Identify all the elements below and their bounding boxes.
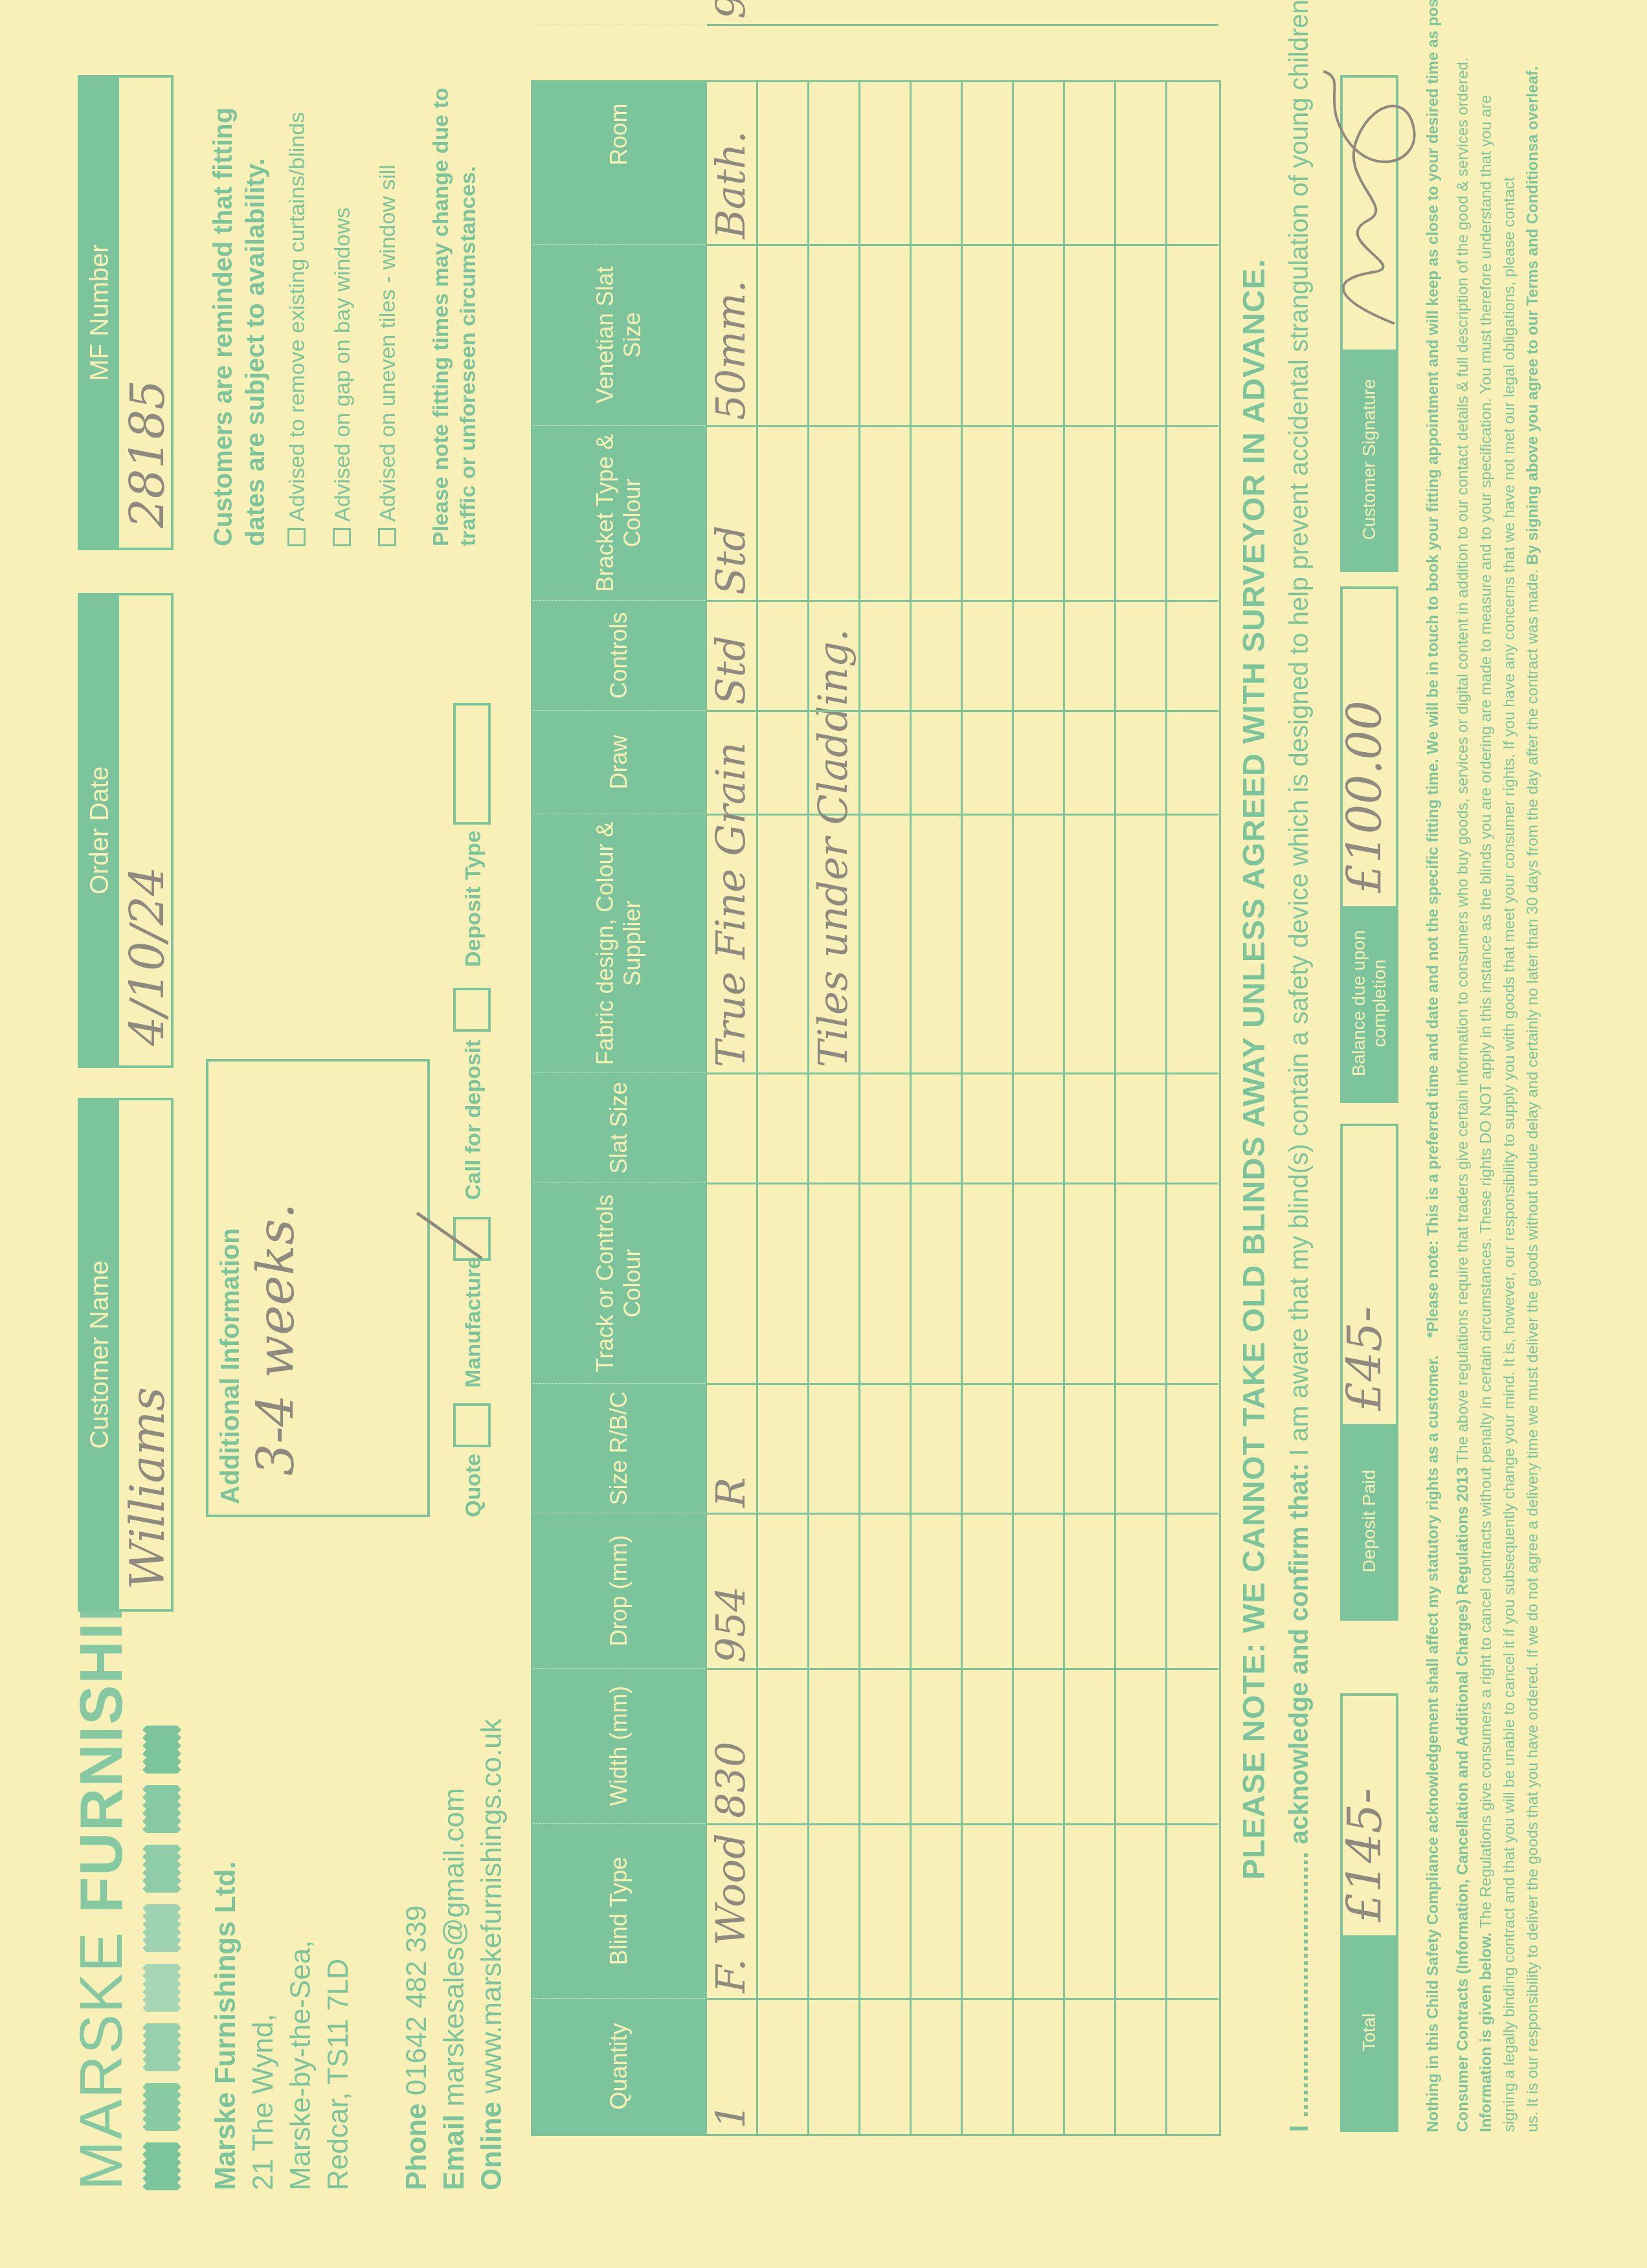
checkmark-icon	[410, 1206, 488, 1265]
column-header: Width (mm)	[533, 1668, 705, 1823]
order-items-table: QuantityBlind TypeWidth (mm)Drop (mm)Siz…	[531, 80, 1221, 2136]
table-cell[interactable]	[860, 1183, 912, 1383]
table-cell[interactable]	[809, 710, 860, 814]
brand-title-light: MARSKE	[69, 1931, 135, 2190]
column-header: Draw	[533, 710, 705, 814]
table-cell[interactable]	[1116, 1668, 1167, 1823]
table-cell[interactable]	[1116, 244, 1167, 425]
column-header: Track or Controls Colour	[533, 1183, 705, 1383]
table-cell[interactable]	[1167, 814, 1218, 1073]
table-cell[interactable]	[912, 0, 963, 24]
table-cell[interactable]: F. Wood	[707, 1823, 758, 1998]
table-cell[interactable]	[707, 710, 758, 814]
table-cell[interactable]	[912, 1183, 963, 1383]
balance-due-label: Balance due upon completion	[1343, 906, 1396, 1100]
table-cell[interactable]	[1167, 600, 1218, 710]
mf-number-label: MF Number	[80, 78, 119, 548]
table-cell[interactable]	[912, 710, 963, 814]
fabric-swatch-icon	[142, 2023, 181, 2071]
table-row: 1F. Wood830954RTrue Fine GrainStdStd50mm…	[705, 82, 758, 2134]
table-cell[interactable]	[1014, 1668, 1065, 1823]
table-cell[interactable]	[1167, 1383, 1218, 1513]
table-cell[interactable]	[1116, 814, 1167, 1073]
table-cell[interactable]	[912, 1513, 963, 1668]
table-cell[interactable]	[1014, 1383, 1065, 1513]
column-header: Venetian Slat Size	[533, 244, 705, 425]
column-header: Drop (mm)	[533, 1513, 705, 1668]
table-cell[interactable]	[1014, 425, 1065, 600]
regulations-text-2: The Regulations give consumers a right t…	[1477, 95, 1495, 1929]
advice-uneven-tiles[interactable]: Advised on uneven tiles - window sill	[375, 164, 401, 546]
spiral-swatch-icon	[142, 1726, 181, 1773]
table-cell[interactable]	[860, 1383, 912, 1513]
table-cell[interactable]	[1014, 0, 1065, 24]
statutory-rights-note: Nothing in this Child Safety Compliance …	[1424, 0, 1442, 2132]
manufacture-checkbox[interactable]	[453, 1217, 491, 1261]
quote-checkbox[interactable]	[453, 1403, 491, 1447]
table-row	[756, 82, 809, 2134]
table-cell[interactable]	[758, 710, 809, 814]
table-cell[interactable]	[1014, 1998, 1065, 2134]
table-cell[interactable]	[1167, 244, 1218, 425]
table-cell[interactable]	[1014, 1823, 1065, 1998]
table-cell[interactable]	[1065, 600, 1116, 710]
table-cell[interactable]	[809, 425, 860, 600]
table-cell[interactable]	[1167, 710, 1218, 814]
table-cell[interactable]	[758, 1823, 809, 1998]
table-cell[interactable]	[860, 814, 912, 1073]
table-cell[interactable]	[1116, 24, 1167, 244]
fabric-swatch-icon	[142, 1785, 181, 1833]
table-cell[interactable]	[809, 600, 860, 710]
acknowledgement-prefix: I ..................................... …	[1285, 1463, 1314, 2133]
table-cell[interactable]	[707, 1073, 758, 1183]
table-cell[interactable]	[1065, 244, 1116, 425]
table-cell[interactable]	[758, 24, 809, 244]
additional-information-box[interactable]: Additional Information 3-4 weeks.	[206, 1059, 430, 1517]
table-cell[interactable]	[1014, 244, 1065, 425]
table-cell[interactable]	[809, 1073, 860, 1183]
table-cell[interactable]	[809, 244, 860, 425]
table-cell[interactable]	[1116, 1998, 1167, 2134]
table-cell[interactable]	[912, 1823, 963, 1998]
regulations-line-4: us. It is our responsibility to deliver …	[1524, 66, 1542, 2132]
table-cell[interactable]	[1116, 1823, 1167, 1998]
balance-due-field[interactable]: Balance due upon completion £100.00	[1340, 586, 1398, 1103]
customer-name-field[interactable]: Customer Name Williams	[78, 1098, 174, 1612]
deposit-paid-field[interactable]: Deposit Paid £45-	[1340, 1124, 1398, 1621]
table-cell[interactable]	[860, 1668, 912, 1823]
terms-agreement-link: By signing above you agree to our Terms …	[1524, 66, 1541, 564]
mf-number-value[interactable]: 28185	[120, 380, 175, 528]
website-url: www.marskefurnishings.co.uk	[476, 1718, 508, 2094]
table-cell[interactable]	[963, 814, 1014, 1073]
table-cell[interactable]	[1014, 1183, 1065, 1383]
table-cell[interactable]	[809, 1383, 860, 1513]
table-cell[interactable]	[963, 600, 1014, 710]
table-cell[interactable]	[912, 425, 963, 600]
table-cell[interactable]	[963, 1073, 1014, 1183]
table-cell[interactable]	[809, 0, 860, 24]
table-cell[interactable]	[758, 1513, 809, 1668]
call-for-deposit-checkbox[interactable]	[453, 988, 491, 1032]
table-cell[interactable]	[860, 1073, 912, 1183]
table-cell[interactable]	[1065, 1383, 1116, 1513]
column-header: Quantity	[533, 1998, 705, 2134]
table-cell[interactable]	[963, 1823, 1014, 1998]
table-cell[interactable]	[758, 1383, 809, 1513]
additional-information-label: Additional Information	[216, 1228, 245, 1504]
table-cell[interactable]	[1116, 1383, 1167, 1513]
fabric-swatch-icon	[142, 1904, 181, 1952]
table-cell[interactable]	[860, 600, 912, 710]
table-cell[interactable]	[758, 425, 809, 600]
table-cell[interactable]	[707, 1183, 758, 1383]
column-header: Size R/B/C	[533, 1383, 705, 1513]
balance-due-value[interactable]: £100.00	[1338, 700, 1392, 893]
table-cell[interactable]	[1167, 24, 1218, 244]
regulations-text-4: us. It is our responsibility to deliver …	[1524, 569, 1541, 2132]
address-line-2: Marske-by-the-Sea,	[282, 1861, 320, 2190]
table-cell[interactable]	[912, 24, 963, 244]
table-cell[interactable]	[1065, 1668, 1116, 1823]
table-cell[interactable]	[860, 1823, 912, 1998]
table-cell[interactable]	[1065, 814, 1116, 1073]
table-cell[interactable]	[809, 1513, 860, 1668]
table-cell[interactable]	[1014, 1073, 1065, 1183]
table-cell[interactable]	[1065, 1073, 1116, 1183]
quote-label: Quote	[461, 1454, 486, 1517]
table-cell[interactable]	[1116, 1513, 1167, 1668]
table-cell[interactable]	[758, 244, 809, 425]
table-cell[interactable]	[963, 1183, 1014, 1383]
address-line-3: Redcar, TS11 7LD	[320, 1861, 357, 2190]
table-header: QuantityBlind TypeWidth (mm)Drop (mm)Siz…	[533, 82, 705, 2134]
fitting-reminder: Customers are reminded that fitting date…	[207, 54, 272, 546]
acknowledgement-text: I am aware that my blind(s) contain a sa…	[1285, 0, 1314, 1456]
deposit-type-label: Deposit Type	[461, 830, 486, 967]
advice-bay-windows[interactable]: Advised on gap on bay windows	[330, 207, 355, 546]
order-date-value[interactable]: 4/10/24	[120, 866, 175, 1046]
table-cell[interactable]: Std	[707, 425, 758, 600]
customer-signature-label: Customer Signature	[1343, 350, 1396, 570]
table-cell[interactable]	[1167, 1823, 1218, 1998]
regulations-title: Consumer Contracts (Information, Cancell…	[1454, 1467, 1472, 2132]
table-cell[interactable]: Std	[707, 600, 758, 710]
customer-name-label: Customer Name	[80, 1100, 119, 1609]
table-cell[interactable]: 900	[707, 0, 758, 24]
table-row	[1012, 82, 1065, 2134]
fabric-swatch-icon	[142, 1845, 181, 1893]
table-cell[interactable]	[912, 1073, 963, 1183]
regulations-line-1: Consumer Contracts (Information, Cancell…	[1454, 58, 1472, 2132]
table-cell[interactable]: 50mm.	[707, 244, 758, 425]
table-cell[interactable]	[1116, 1183, 1167, 1383]
table-cell[interactable]	[1167, 1183, 1218, 1383]
column-header: Fabric design, Colour & Supplier	[533, 814, 705, 1073]
table-cell[interactable]	[912, 600, 963, 710]
deposit-paid-value[interactable]: £45-	[1338, 1306, 1392, 1411]
table-cell[interactable]	[1116, 710, 1167, 814]
deposit-type-field[interactable]	[453, 703, 491, 825]
table-cell[interactable]	[758, 600, 809, 710]
table-row	[1063, 82, 1116, 2134]
call-for-deposit-label: Call for deposit	[461, 1040, 486, 1200]
table-cell[interactable]	[809, 1823, 860, 1998]
address-line-1: 21 The Wynd,	[245, 1861, 282, 2190]
checkbox-icon[interactable]	[333, 528, 351, 546]
table-cell[interactable]	[1014, 1513, 1065, 1668]
table-row	[858, 82, 912, 2134]
company-contact: Phone 01642 482 339 Email marskesales@gm…	[398, 1718, 511, 2190]
table-cell[interactable]	[860, 1513, 912, 1668]
table-cell[interactable]	[860, 1998, 912, 2134]
column-header: Controls	[533, 600, 705, 710]
table-cell[interactable]: Tiles under Cladding.	[809, 814, 860, 1073]
column-header: Blind Type	[533, 1823, 705, 1998]
table-cell[interactable]	[1065, 710, 1116, 814]
signature-scribble	[1317, 65, 1420, 337]
regulations-line-3: signing a legally binding contract and t…	[1501, 177, 1519, 2132]
table-cell[interactable]	[860, 425, 912, 600]
table-cell[interactable]: True Fine Grain	[707, 814, 758, 1073]
table-cell[interactable]	[860, 244, 912, 425]
table-cell[interactable]	[912, 1383, 963, 1513]
table-cell[interactable]	[912, 1668, 963, 1823]
email-address: marskesales@gmail.com	[438, 1788, 470, 2106]
acknowledgement-line: I ..................................... …	[1285, 0, 1314, 2132]
table-cell[interactable]	[758, 1183, 809, 1383]
please-note-banner: PLEASE NOTE: WE CANNOT TAKE OLD BLINDS A…	[1237, 258, 1272, 1880]
table-cell[interactable]	[963, 1668, 1014, 1823]
table-cell[interactable]	[860, 0, 912, 24]
order-date-label: Order Date	[80, 595, 119, 1065]
regulations-line-2: Information is given below. The Regulati…	[1477, 95, 1496, 2132]
table-cell[interactable]	[809, 1668, 860, 1823]
table-cell[interactable]: R	[707, 1383, 758, 1513]
table-cell[interactable]	[758, 814, 809, 1073]
table-cell[interactable]	[1065, 0, 1116, 24]
online-label: Online	[476, 2102, 508, 2190]
table-cell[interactable]	[912, 814, 963, 1073]
column-header: Control Length	[533, 0, 705, 24]
customer-name-value[interactable]: Williams	[120, 1387, 175, 1590]
table-cell[interactable]	[860, 710, 912, 814]
phone-label: Phone	[401, 2104, 432, 2190]
table-cell[interactable]: 1	[707, 1998, 758, 2134]
table-cell[interactable]	[1116, 600, 1167, 710]
table-cell[interactable]	[963, 24, 1014, 244]
table-cell[interactable]: 830	[707, 1668, 758, 1823]
table-cell[interactable]	[912, 244, 963, 425]
total-value[interactable]: £145-	[1338, 1788, 1392, 1922]
checkbox-icon[interactable]	[287, 528, 306, 546]
table-row	[961, 82, 1014, 2134]
company-name: Marske Furnishings Ltd.	[210, 1861, 241, 2190]
statutory-rights-text: Nothing in this Child Safety Compliance …	[1424, 1355, 1442, 2132]
total-label: Total	[1343, 1935, 1396, 2129]
column-header: Slat Size	[533, 1073, 705, 1183]
mf-number-field[interactable]: MF Number 28185	[78, 75, 174, 550]
table-cell[interactable]: 954	[707, 1513, 758, 1668]
manufacture-label: Manufacture	[461, 1257, 486, 1388]
column-header: Bracket Type & Colour	[533, 425, 705, 600]
table-cell[interactable]	[758, 1998, 809, 2134]
table-row	[1165, 82, 1218, 2134]
table-cell[interactable]	[1116, 0, 1167, 24]
company-address: Marske Furnishings Ltd. 21 The Wynd, Mar…	[207, 1861, 357, 2190]
table-cell[interactable]	[963, 425, 1014, 600]
table-cell[interactable]	[912, 1998, 963, 2134]
table-cell[interactable]	[860, 24, 912, 244]
table-row	[1114, 82, 1167, 2134]
table-cell[interactable]	[1167, 425, 1218, 600]
fabric-swatch-icons	[142, 1737, 188, 2190]
table-cell[interactable]	[809, 1183, 860, 1383]
table-cell[interactable]	[1167, 1998, 1218, 2134]
checkbox-icon[interactable]	[378, 528, 396, 546]
table-cell[interactable]	[758, 1073, 809, 1183]
table-cell[interactable]	[963, 0, 1014, 24]
table-cell[interactable]	[758, 1668, 809, 1823]
table-cell[interactable]	[963, 1998, 1014, 2134]
regulations-text-1: The above regulations require that trade…	[1454, 58, 1472, 1463]
table-cell[interactable]	[1065, 24, 1116, 244]
table-cell[interactable]	[1065, 425, 1116, 600]
order-date-field[interactable]: Order Date 4/10/24	[78, 593, 174, 1068]
deposit-paid-label: Deposit Paid	[1343, 1424, 1396, 1618]
table-cell[interactable]	[1167, 1668, 1218, 1823]
table-cell[interactable]: Bath.	[707, 24, 758, 244]
table-cell[interactable]	[963, 244, 1014, 425]
table-cell[interactable]	[1167, 0, 1218, 24]
table-cell[interactable]	[809, 24, 860, 244]
table-cell[interactable]	[1167, 1513, 1218, 1668]
table-cell[interactable]	[1116, 1073, 1167, 1183]
table-cell[interactable]	[1065, 1998, 1116, 2134]
fabric-swatch-icon	[142, 2142, 181, 2190]
total-field[interactable]: Total £145-	[1340, 1693, 1398, 2132]
order-form-sheet: MARSKE FURNISHINGS Marske Furnishings Lt…	[0, 0, 1647, 2268]
phone-number: 01642 482 339	[401, 1906, 432, 2096]
table-cell[interactable]	[1065, 1823, 1116, 1998]
traffic-note: Please note fitting times may change due…	[427, 54, 482, 546]
fabric-swatch-icon	[142, 1964, 181, 2012]
table-cell[interactable]	[1065, 1183, 1116, 1383]
table-cell[interactable]	[963, 710, 1014, 814]
column-header: Room	[533, 24, 705, 244]
table-cell[interactable]	[963, 1383, 1014, 1513]
fabric-swatch-icon	[142, 2083, 181, 2131]
email-label: Email	[438, 2115, 470, 2190]
table-cell[interactable]	[1014, 710, 1065, 814]
table-cell[interactable]	[1167, 1073, 1218, 1183]
advice-remove-curtains[interactable]: Advised to remove existing curtains/blin…	[285, 112, 310, 546]
table-cell[interactable]	[758, 0, 809, 24]
regulations-bold-2: Information is given below.	[1477, 1933, 1495, 2132]
table-cell[interactable]	[1014, 600, 1065, 710]
customer-signature-field[interactable]: Customer Signature	[1340, 75, 1398, 572]
table-cell[interactable]	[1116, 425, 1167, 600]
table-cell[interactable]	[963, 1513, 1014, 1668]
table-cell[interactable]	[1014, 814, 1065, 1073]
table-cell[interactable]	[1014, 24, 1065, 244]
table-row	[910, 82, 963, 2134]
fitting-time-note: *Please note: This is a preferred time a…	[1424, 0, 1442, 1338]
table-cell[interactable]	[809, 1998, 860, 2134]
table-row: Tiles under Cladding.	[807, 82, 860, 2134]
additional-information-value[interactable]: 3-4 weeks.	[247, 1203, 306, 1476]
table-cell[interactable]	[1065, 1513, 1116, 1668]
